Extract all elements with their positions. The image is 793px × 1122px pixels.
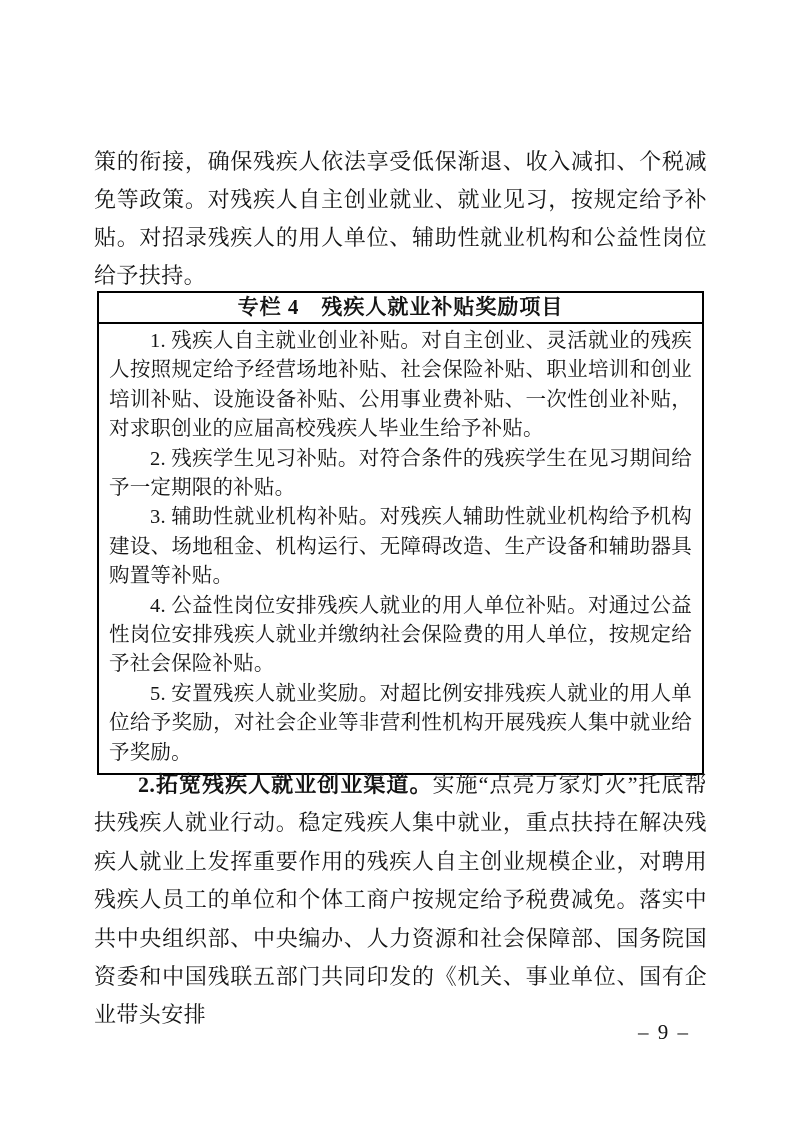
column-box-body: 1. 残疾人自主就业创业补贴。对自主创业、灵活就业的残疾人按照规定给予经营场地补…: [99, 324, 702, 773]
box-item-2: 2. 残疾学生见习补贴。对符合条件的残疾学生在见习期间给予一定期限的补贴。: [109, 445, 692, 504]
column-box-title: 专栏 4 残疾人就业补贴奖励项目: [99, 293, 702, 324]
column-box: 专栏 4 残疾人就业补贴奖励项目 1. 残疾人自主就业创业补贴。对自主创业、灵活…: [97, 291, 704, 775]
section-paragraph: 2.拓宽残疾人就业创业渠道。实施“点亮万家灯火”托底帮扶残疾人就业行动。稳定残疾…: [94, 766, 707, 1035]
box-item-3: 3. 辅助性就业机构补贴。对残疾人辅助性就业机构给予机构建设、场地租金、机构运行…: [109, 503, 692, 591]
section-paragraph-lead: 2.拓宽残疾人就业创业渠道。: [138, 772, 433, 797]
page-number: – 9 –: [638, 1018, 690, 1046]
intro-paragraph: 策的衔接，确保残疾人依法享受低保渐退、收入减扣、个税减免等政策。对残疾人自主创业…: [94, 143, 707, 295]
document-page: 策的衔接，确保残疾人依法享受低保渐退、收入减扣、个税减免等政策。对残疾人自主创业…: [0, 0, 793, 1122]
box-item-4: 4. 公益性岗位安排残疾人就业的用人单位补贴。对通过公益性岗位安排残疾人就业并缴…: [109, 592, 692, 680]
section-paragraph-body: 实施“点亮万家灯火”托底帮扶残疾人就业行动。稳定残疾人集中就业，重点扶持在解决残…: [94, 772, 707, 1027]
box-item-5: 5. 安置残疾人就业奖励。对超比例安排残疾人就业的用人单位给予奖励，对社会企业等…: [109, 680, 692, 768]
box-item-1: 1. 残疾人自主就业创业补贴。对自主创业、灵活就业的残疾人按照规定给予经营场地补…: [109, 327, 692, 445]
